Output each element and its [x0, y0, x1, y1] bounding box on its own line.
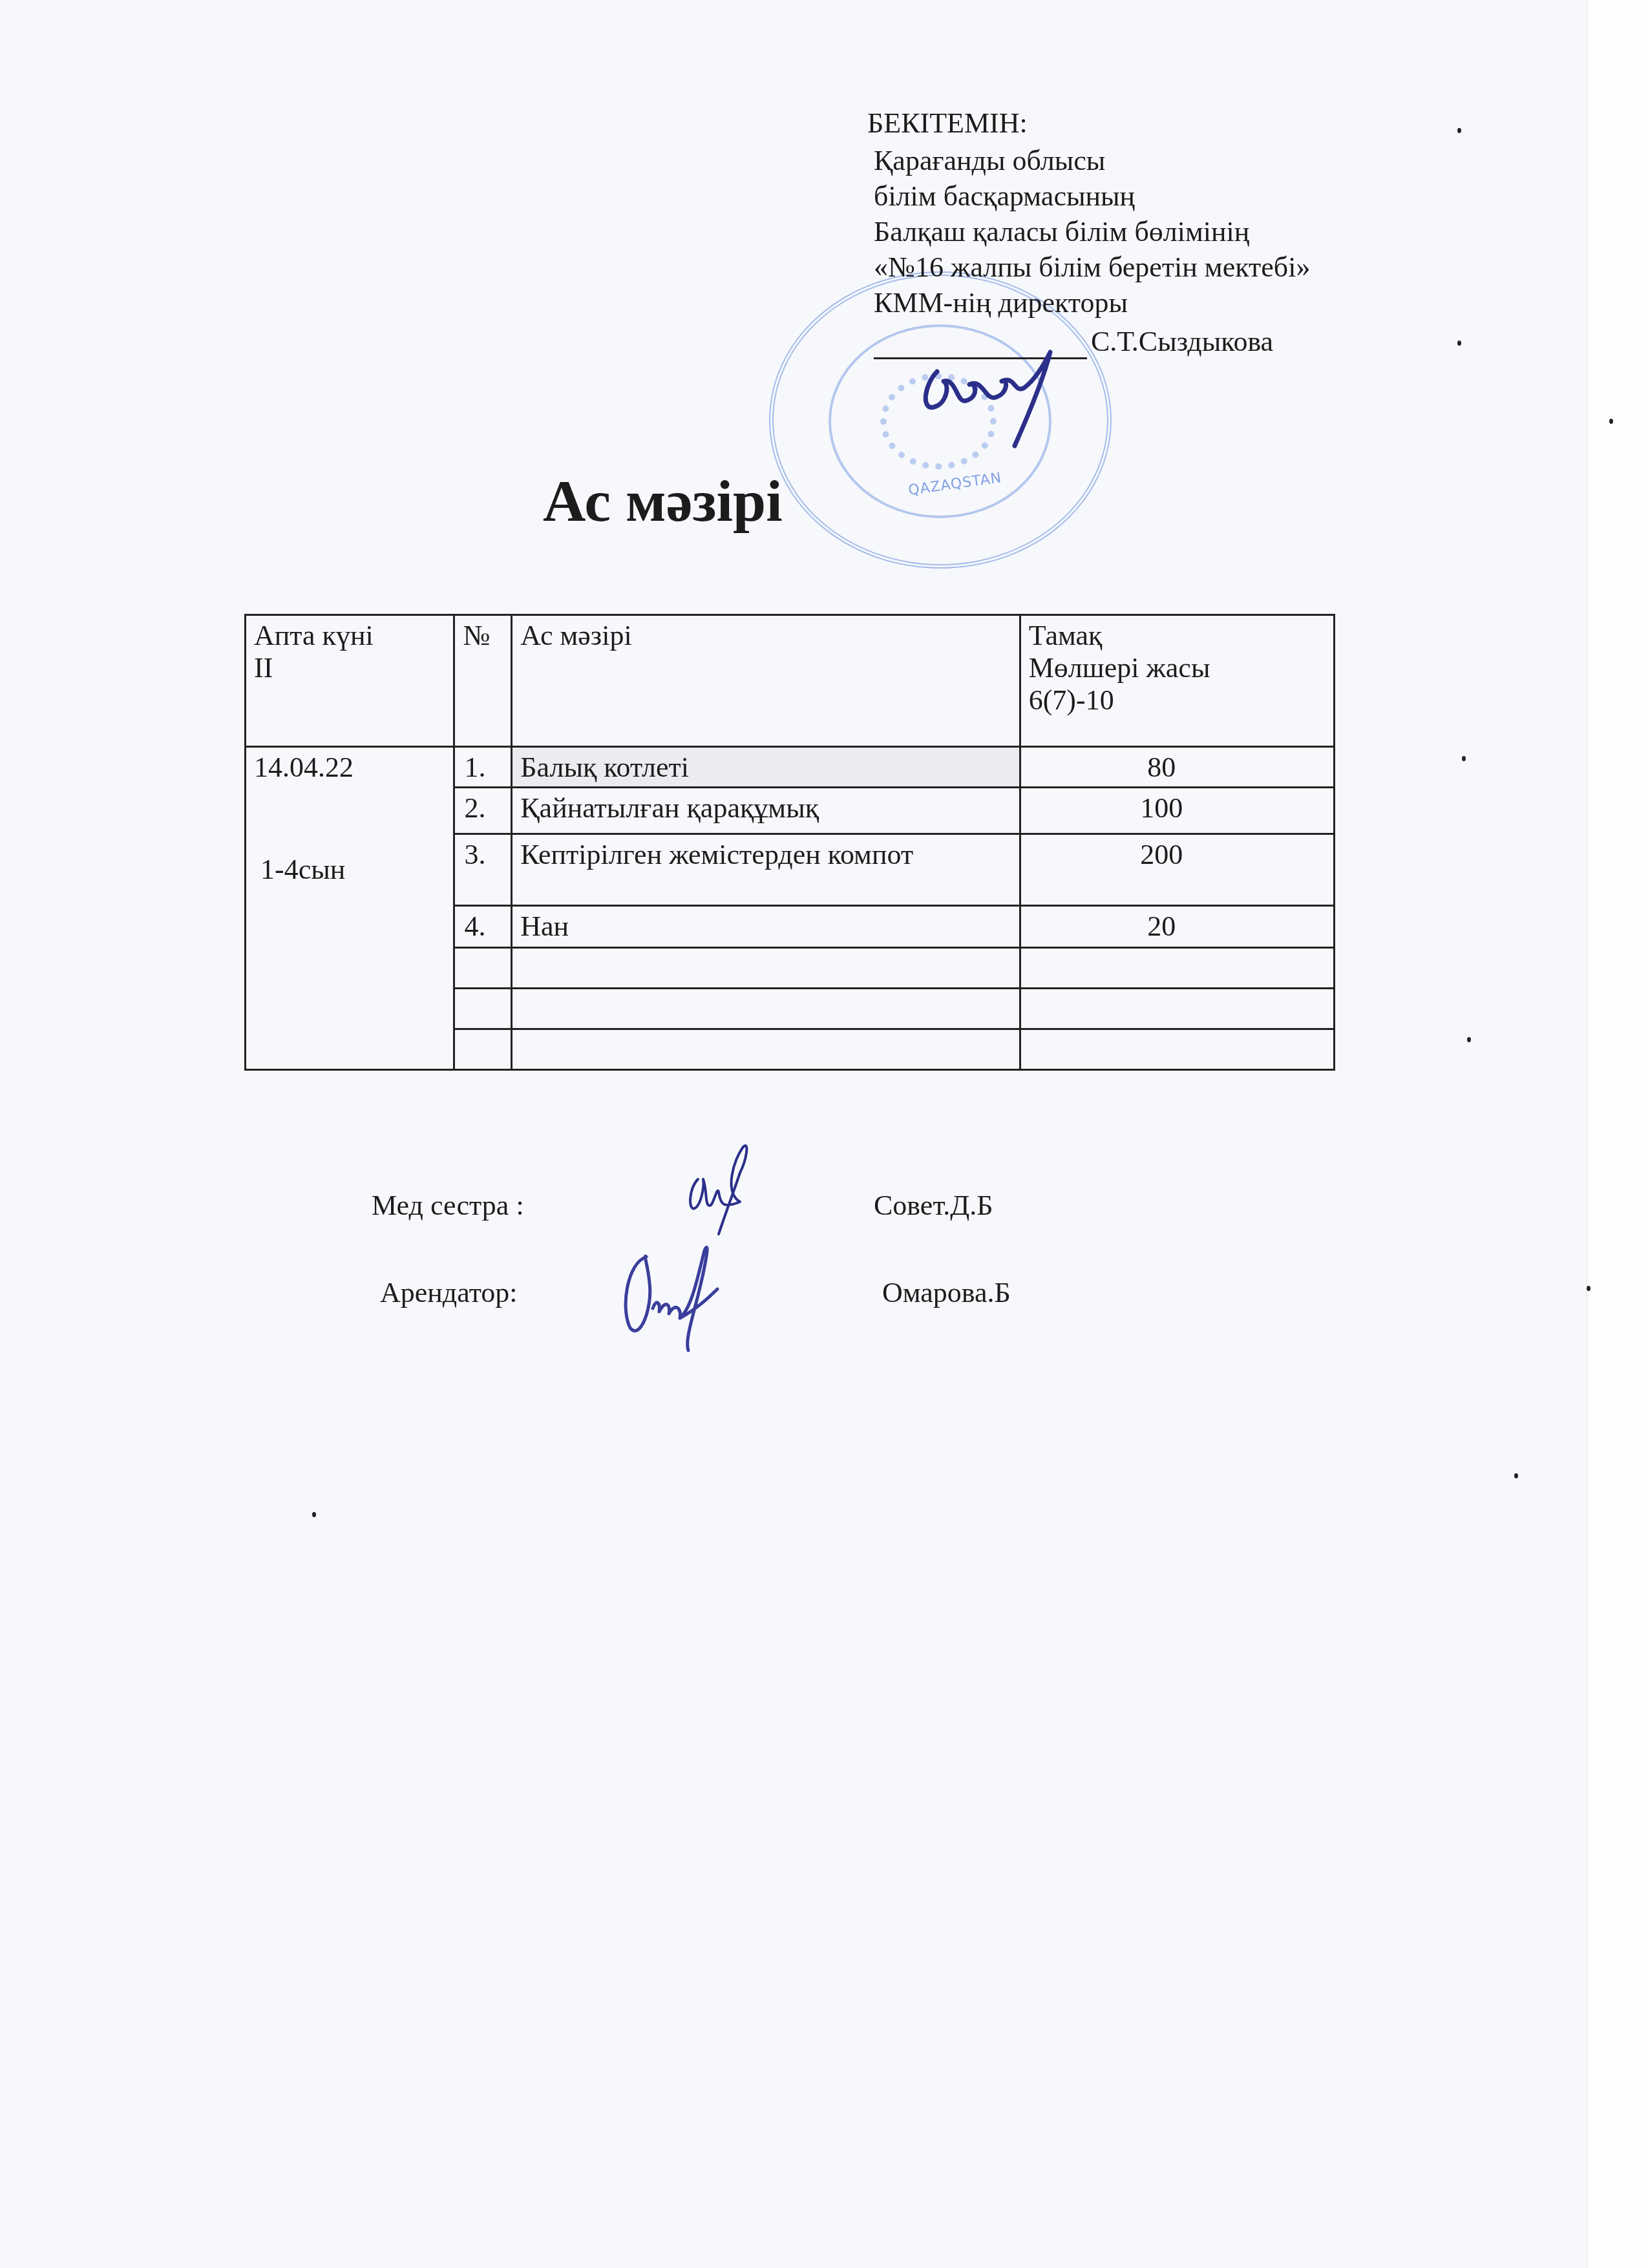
- food-item: Кептірілген жемістерден компот: [512, 834, 1020, 906]
- food-item: [512, 989, 1020, 1029]
- food-item: Нан: [512, 906, 1020, 948]
- approval-line: Балқаш қаласы білім бөлімінің: [874, 214, 1310, 249]
- portion-size: 200: [1020, 834, 1334, 906]
- food-item: [512, 1029, 1020, 1070]
- portion-size: [1020, 1029, 1334, 1070]
- director-signature-row: С.Т.Сыздыкова: [874, 320, 1310, 359]
- row-number: 2.: [454, 788, 512, 834]
- row-number: 4.: [454, 906, 512, 948]
- scan-speck: [1457, 128, 1461, 133]
- row-number: 3.: [454, 834, 512, 906]
- approval-block: БЕКІТЕМІН: Қарағанды облысы білім басқар…: [874, 105, 1310, 359]
- food-item: Қайнатылған қарақұмық: [512, 788, 1020, 834]
- approval-line: Қарағанды облысы: [874, 143, 1310, 178]
- approval-line: білім басқармасының: [874, 178, 1310, 214]
- row-number: 1.: [454, 747, 512, 788]
- header-menu: Ас мәзірі: [512, 615, 1020, 747]
- document-page: [0, 0, 1587, 2268]
- nurse-label: Мед сестра :: [372, 1189, 524, 1222]
- approval-line: КММ-нің директоры: [874, 285, 1310, 320]
- scan-speck: [1587, 1286, 1590, 1291]
- menu-date: 14.04.22: [254, 751, 354, 783]
- row-number: [454, 948, 512, 989]
- portion-size: [1020, 948, 1334, 989]
- food-item: [512, 948, 1020, 989]
- director-name: С.Т.Сыздыкова: [1091, 324, 1273, 359]
- scan-speck: [1609, 419, 1613, 424]
- scan-speck: [312, 1512, 316, 1517]
- day-cell: 14.04.22 1-4сын: [246, 747, 454, 1070]
- emblem-icon: [880, 373, 997, 470]
- scan-speck: [1457, 341, 1461, 346]
- header-number: №: [454, 615, 512, 747]
- page-title: Ас мәзірі: [543, 468, 783, 533]
- food-item: Балық котлеті: [512, 747, 1020, 788]
- scan-speck: [1462, 756, 1466, 761]
- portion-size: 20: [1020, 906, 1334, 948]
- menu-table: Апта күні II № Ас мәзірі Тамақ Мөлшері ж…: [244, 614, 1335, 1071]
- header-portion: Тамақ Мөлшері жасы 6(7)-10: [1020, 615, 1334, 747]
- scan-speck: [1514, 1473, 1518, 1478]
- tenant-name: Омарова.Б: [882, 1276, 1011, 1309]
- approval-line: «№16 жалпы білім беретін мектебі»: [874, 249, 1310, 285]
- header-day: Апта күні II: [246, 615, 454, 747]
- nurse-name: Совет.Д.Б: [874, 1189, 993, 1222]
- portion-size: 80: [1020, 747, 1334, 788]
- table-row: 14.04.22 1-4сын 1. Балық котлеті 80: [246, 747, 1335, 788]
- portion-size: 100: [1020, 788, 1334, 834]
- row-number: [454, 1029, 512, 1070]
- table-header-row: Апта күні II № Ас мәзірі Тамақ Мөлшері ж…: [246, 615, 1335, 747]
- row-number: [454, 989, 512, 1029]
- scanner-margin: [1587, 0, 1648, 2268]
- approval-heading: БЕКІТЕМІН:: [867, 105, 1310, 141]
- scan-speck: [1467, 1037, 1471, 1042]
- portion-size: [1020, 989, 1334, 1029]
- class-group: 1-4сын: [254, 854, 445, 886]
- signature-underline: [874, 329, 1087, 359]
- tenant-label: Арендатор:: [380, 1276, 518, 1309]
